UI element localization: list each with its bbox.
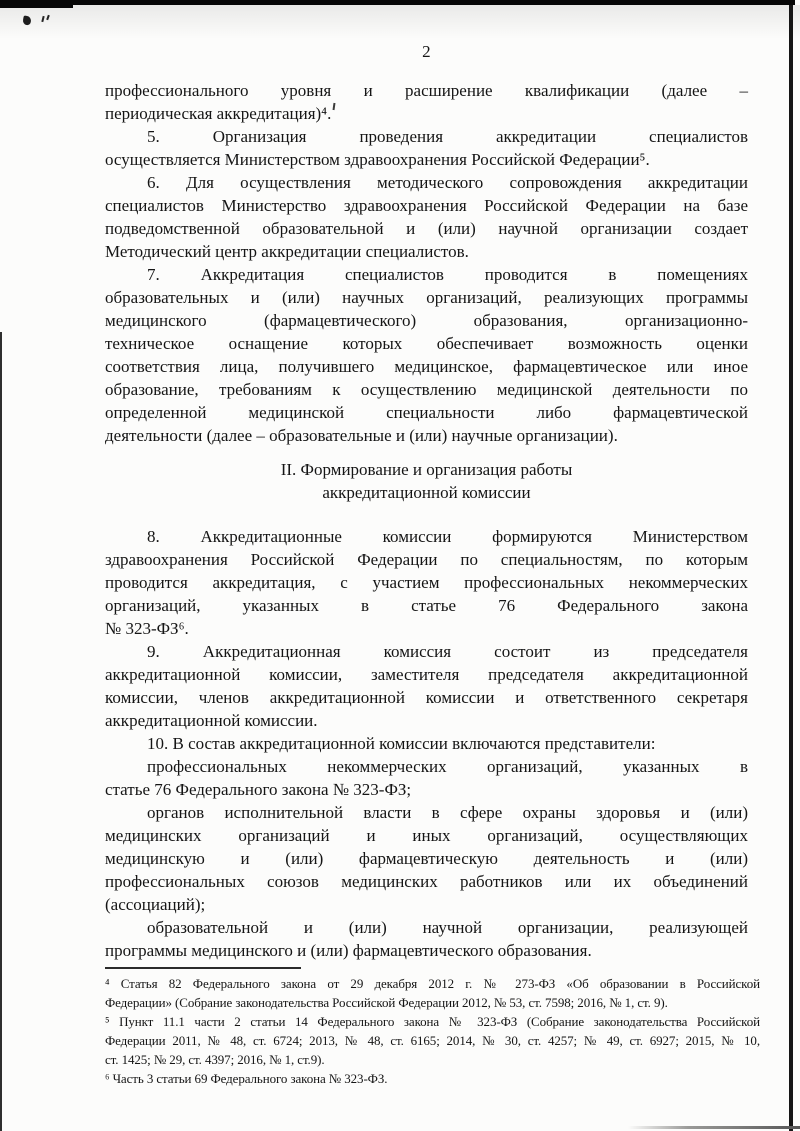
footnote-4: ⁴ Статья 82 Федерального закона от 29 де… bbox=[105, 974, 760, 1012]
paragraph-8: 8. Аккредитационные комиссии формируются… bbox=[105, 525, 748, 640]
text-line: ⁴ Статья 82 Федерального закона от 29 де… bbox=[105, 974, 760, 993]
text-line: организаций, указанных в статье 76 Федер… bbox=[105, 594, 748, 617]
scan-right-edge-line bbox=[789, 5, 793, 1131]
text-line: периодическая аккредитация)⁴. bbox=[105, 102, 748, 125]
text-line: профессиональных некоммерческих организа… bbox=[105, 755, 748, 778]
text-line: № 323-ФЗ⁶. bbox=[105, 617, 748, 640]
footnote-separator-rule bbox=[105, 967, 301, 969]
paragraph-10-item-2: органов исполнительной власти в сфере ох… bbox=[105, 801, 748, 916]
text-line: 6. Для осуществления методического сопро… bbox=[105, 171, 748, 194]
scan-shading bbox=[0, 5, 800, 39]
text-line: аккредитационной комиссии, заместителя п… bbox=[105, 663, 748, 686]
text-line: здравоохранения Российской Федерации по … bbox=[105, 548, 748, 571]
text-line: деятельности (далее – образовательные и … bbox=[105, 424, 748, 447]
text-line: определенной медицинской специальности л… bbox=[105, 401, 748, 424]
text-line: медицинских организаций и иных организац… bbox=[105, 824, 748, 847]
scan-top-edge-bar bbox=[0, 0, 795, 5]
text-line: 5. Организация проведения аккредитации с… bbox=[105, 125, 748, 148]
text-line: аккредитационной комиссии bbox=[105, 481, 748, 504]
text-line: медицинского (фармацевтического) образов… bbox=[105, 309, 748, 332]
scan-top-edge-bar-left bbox=[0, 0, 73, 8]
scan-left-edge-line bbox=[0, 332, 2, 1131]
scanned-document-page: 2 профессионального уровня и расширение … bbox=[0, 0, 800, 1131]
text-line: 9. Аккредитационная комиссия состоит из … bbox=[105, 640, 748, 663]
text-line: ⁵ Пункт 11.1 части 2 статьи 14 Федеральн… bbox=[105, 1012, 760, 1031]
text-line: ⁶ Часть 3 статьи 69 Федерального закона … bbox=[105, 1069, 760, 1088]
paragraph-10: 10. В состав аккредитационной комиссии в… bbox=[105, 732, 748, 755]
text-line: специалистов Министерство здравоохранени… bbox=[105, 194, 748, 217]
text-line: профессионального уровня и расширение кв… bbox=[105, 79, 748, 102]
text-line: программы медицинского и (или) фармацевт… bbox=[105, 939, 748, 962]
text-line: (ассоциаций); bbox=[105, 893, 748, 916]
footnotes-list: ⁴ Статья 82 Федерального закона от 29 де… bbox=[105, 974, 760, 1088]
text-line: статье 76 Федерального закона № 323-ФЗ; bbox=[105, 778, 748, 801]
text-line: ст. 1425; № 29, ст. 4397; 2016, № 1, ст.… bbox=[105, 1050, 760, 1069]
text-line: образовательной и (или) научной организа… bbox=[105, 916, 748, 939]
paragraph-10-item-3: образовательной и (или) научной организа… bbox=[105, 916, 748, 962]
paragraph-4-continued: профессионального уровня и расширение кв… bbox=[105, 79, 748, 125]
paragraph-9: 9. Аккредитационная комиссия состоит из … bbox=[105, 640, 748, 732]
text-line: техническое оснащение которых обеспечива… bbox=[105, 332, 748, 355]
text-line: 7. Аккредитация специалистов проводится … bbox=[105, 263, 748, 286]
text-line: соответствия лица, получившего медицинск… bbox=[105, 355, 748, 378]
text-line: 10. В состав аккредитационной комиссии в… bbox=[105, 732, 748, 755]
scan-bottom-edge-line bbox=[628, 1126, 800, 1129]
text-line: II. Формирование и организация работы bbox=[105, 458, 748, 481]
text-line: подведомственной образовательной и (или)… bbox=[105, 217, 748, 240]
paragraph-7: 7. Аккредитация специалистов проводится … bbox=[105, 263, 748, 447]
text-line: медицинскую и (или) фармацевтическую дея… bbox=[105, 847, 748, 870]
text-line: проводится аккредитация, с участием проф… bbox=[105, 571, 748, 594]
text-line: Федерации 2011, № 48, ст. 6724; 2013, № … bbox=[105, 1031, 760, 1050]
footnotes-section: ⁴ Статья 82 Федерального закона от 29 де… bbox=[105, 960, 760, 1088]
footnote-5: ⁵ Пункт 11.1 части 2 статьи 14 Федеральн… bbox=[105, 1012, 760, 1069]
text-line: профессиональных союзов медицинских рабо… bbox=[105, 870, 748, 893]
text-line: образовательных и (или) научных организа… bbox=[105, 286, 748, 309]
paragraph-6: 6. Для осуществления методического сопро… bbox=[105, 171, 748, 263]
text-line: 8. Аккредитационные комиссии формируются… bbox=[105, 525, 748, 548]
page-number: 2 bbox=[105, 42, 748, 62]
text-line: органов исполнительной власти в сфере ох… bbox=[105, 801, 748, 824]
text-line: комиссии, членов аккредитационной комисс… bbox=[105, 686, 748, 709]
text-line: Федерации» (Собрание законодательства Ро… bbox=[105, 993, 760, 1012]
section-heading: II. Формирование и организация работыакк… bbox=[105, 458, 748, 504]
document-body: профессионального уровня и расширение кв… bbox=[105, 79, 748, 962]
paragraph-5: 5. Организация проведения аккредитации с… bbox=[105, 125, 748, 171]
text-line: аккредитационной комиссии. bbox=[105, 709, 748, 732]
paragraph-10-item-1: профессиональных некоммерческих организа… bbox=[105, 755, 748, 801]
text-line: Методический центр аккредитации специали… bbox=[105, 240, 748, 263]
text-line: образование, требованиям к осуществлению… bbox=[105, 378, 748, 401]
footnote-6: ⁶ Часть 3 статьи 69 Федерального закона … bbox=[105, 1069, 760, 1088]
text-line: осуществляется Министерством здравоохран… bbox=[105, 148, 748, 171]
